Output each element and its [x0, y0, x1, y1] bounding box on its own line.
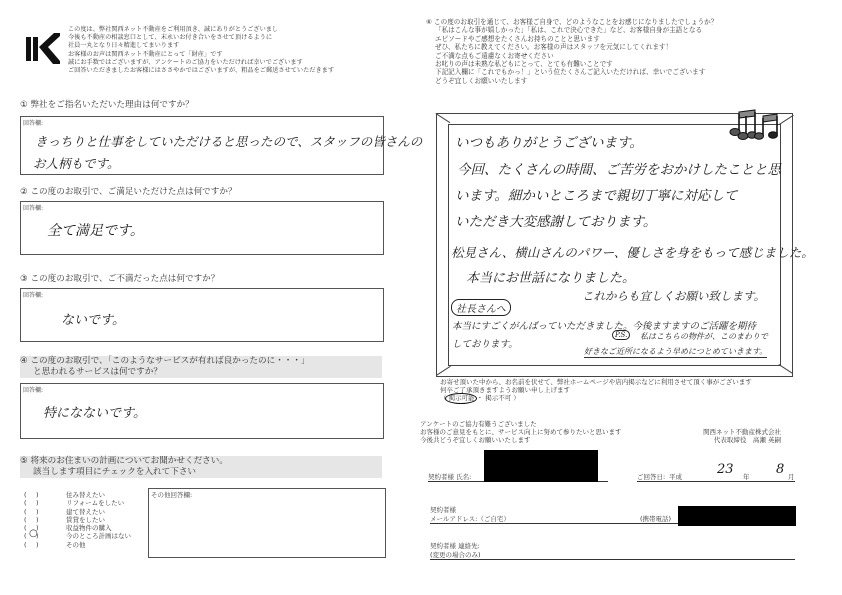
company-logo: [26, 33, 60, 64]
answer-3-line-1: ないです。: [61, 309, 125, 328]
contact-field[interactable]: (変更の場合のみ): [430, 551, 795, 560]
option-label: 賃貸をしたい: [66, 516, 105, 524]
answer-1-line-1: きっちりと仕事をしていただけると思ったので、スタッフの皆さんの: [35, 132, 422, 150]
answer-label: 回答欄:: [23, 290, 43, 299]
option-label: 今のところ計画はない: [66, 532, 131, 540]
contact-label: 契約者様 連絡先:: [430, 542, 480, 550]
question-3: ③ この度のお取引で、ご不満だった点は何ですか？: [20, 272, 219, 284]
email-label-1: 契約者様: [430, 506, 456, 514]
email-field[interactable]: メールアドレス:（ご自宅）: [430, 515, 640, 524]
answer-label: 回答欄:: [23, 118, 43, 127]
checkbox[interactable]: (): [24, 541, 46, 549]
option-label: 住み替えたい: [66, 491, 105, 499]
ps-line-1: 私はこちらの物件が、このまわりで: [640, 331, 768, 342]
question-4: ④ この度のお取引で、「このようなサービスが有れば良かったのに・・・」 と思われ…: [20, 356, 382, 378]
q6-answer-line-7: これからも宜しくお願い致します。: [582, 288, 765, 304]
consent-text: お寄せ頂いた中から、お名前を伏せて、弊社ホームページや店内掲示などに利用させて頂…: [440, 378, 752, 403]
q6-answer-line-3: います。細かいところまで親切丁寧に対応して: [455, 184, 737, 204]
option-label: 建て替えたい: [66, 508, 105, 516]
answer-4-line-1: 特になないです。: [43, 402, 146, 421]
checkbox[interactable]: (): [24, 516, 46, 524]
note-line-1: 本当にすごくがんばっていただきました。今後ますますのご活躍を期待: [452, 318, 756, 332]
checkbox[interactable]: ()○: [24, 532, 46, 540]
answer-2-line-1: 全て満足です。: [47, 220, 144, 240]
q6-prompt: ⑥ この度のお取引を通じて、お客様ご自身で、どのようなことをお感じになりましたで…: [426, 18, 717, 85]
option-label: その他: [66, 541, 86, 549]
note-to-president: 社長さんへ: [451, 299, 511, 316]
answer-box-2[interactable]: 回答欄: 全て満足です。: [20, 201, 384, 255]
mobile-field[interactable]: (携帯電話): [640, 515, 678, 524]
redacted-mobile: [678, 506, 796, 526]
question-2: ② この度のお取引で、ご満足いただけた点は何ですか？: [20, 185, 237, 197]
other-answer-label: その他回答欄:: [151, 490, 192, 499]
music-notes-icon: [725, 108, 785, 142]
q6-answer-line-1: いつもありがとうございます。: [455, 131, 643, 151]
company-signature: 関西ネット不動産株式会社 代表取締役 高瀬 英嗣: [703, 428, 781, 444]
q6-answer-line-2: 今回、たくさんの時間、ご苦労をおかけしたことと思: [457, 158, 781, 178]
answer-box-3[interactable]: 回答欄: ないです。: [20, 288, 384, 342]
q6-answer-line-6: 本当にお世話になりました。: [466, 267, 635, 286]
answer-date-field[interactable]: ご回答日: 平成 23 年 8 月: [637, 473, 795, 482]
note-line-2: しております。: [452, 336, 518, 350]
consent-selected-circle: [445, 393, 477, 404]
q6-answer-line-5: 松見さん、横山さんのパワー、優しさを身をもって感じました。: [451, 243, 814, 261]
redacted-name: [484, 450, 598, 482]
checkbox[interactable]: (): [24, 499, 46, 507]
answer-1-line-2: お人柄もです。: [33, 154, 120, 172]
question-1: ① 弊社をご指名いただいた理由は何ですか？: [20, 98, 194, 110]
question-5: ⑤ 将来のお住まいの計画についてお聞かせください。 該当します項目にチェックを入…: [20, 456, 382, 478]
q6-answer-line-4: いただき大変感謝しております。: [455, 210, 656, 230]
thanks-text: アンケートのご協力有難うございました お客様のご意見をもとに、サービス向上に努め…: [420, 420, 622, 445]
check-circle-icon: ○: [29, 530, 38, 538]
answer-box-1[interactable]: 回答欄: きっちりと仕事をしていただけると思ったので、スタッフの皆さんの お人柄…: [20, 116, 384, 175]
ps-line-2: 好きなご近所になるよう早めにつとめていきます。: [584, 346, 767, 358]
checkbox[interactable]: (): [24, 491, 46, 499]
option-label: リフォームをしたい: [66, 499, 124, 507]
checkbox[interactable]: (): [24, 508, 46, 516]
answer-box-4[interactable]: 回答欄: 特になないです。: [20, 383, 384, 439]
answer-label: 回答欄:: [23, 203, 43, 212]
ps-label: P.S.: [612, 330, 630, 340]
intro-text: この度は、弊社関西ネット不動産をご利用頂き、誠にありがとうございまし 今後も不動…: [68, 26, 334, 75]
other-answer-box[interactable]: その他回答欄:: [148, 488, 386, 558]
answer-label: 回答欄:: [23, 385, 43, 394]
